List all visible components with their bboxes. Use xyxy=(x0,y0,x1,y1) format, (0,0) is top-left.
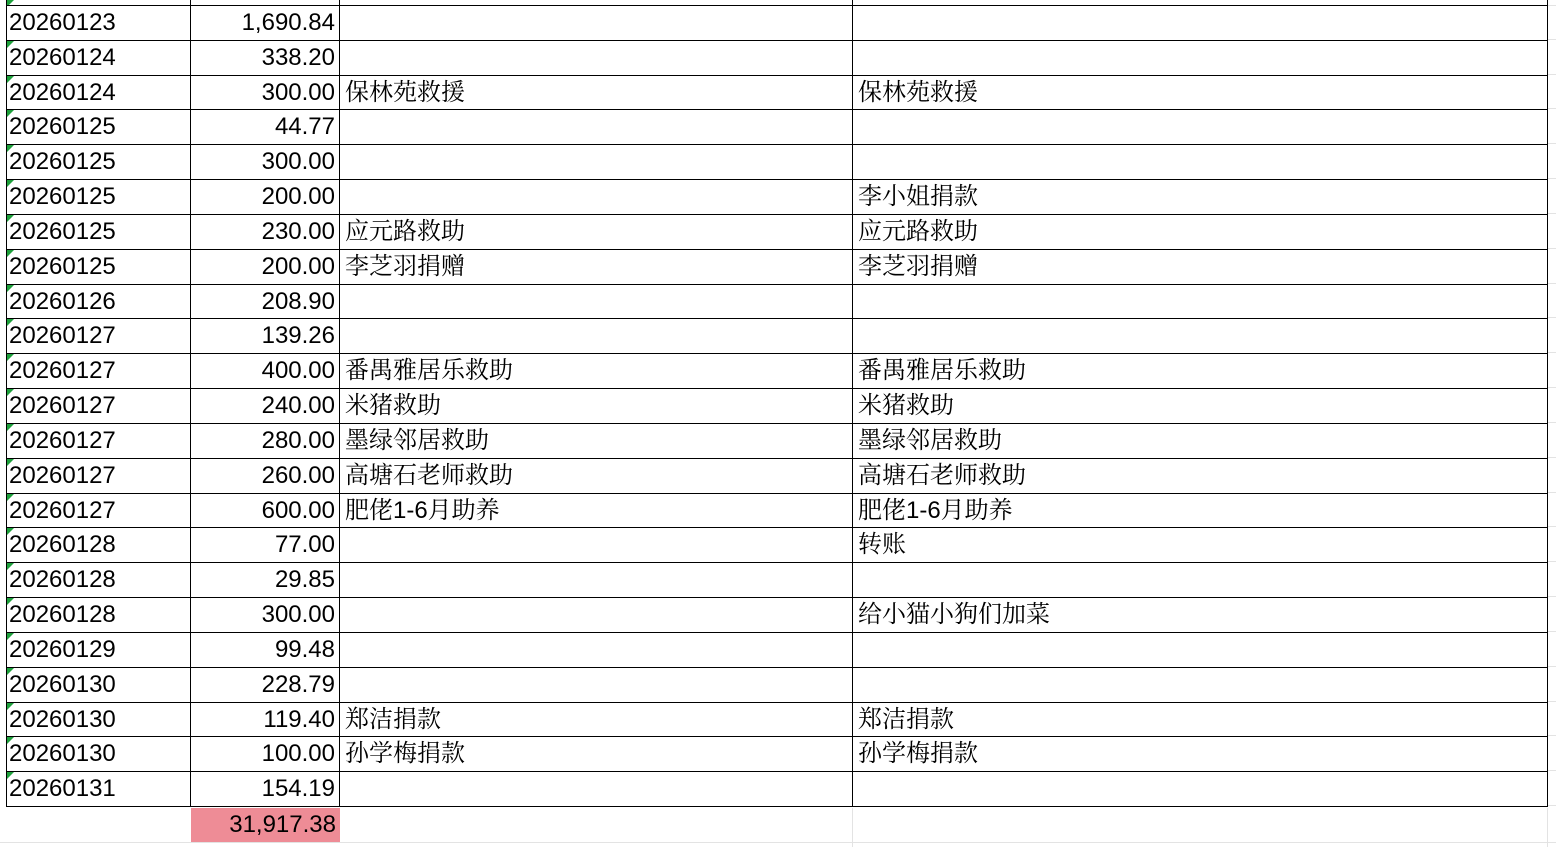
amount-value: 99.48 xyxy=(275,636,335,663)
remark-2-value: 给小猫小狗们加菜 xyxy=(858,601,1050,628)
cell-date[interactable]: 20260127 xyxy=(7,494,191,528)
number-stored-as-text-indicator-icon xyxy=(7,250,14,257)
cell-date[interactable]: 20260125 xyxy=(7,110,191,144)
remark-1-value: 郑洁捐款 xyxy=(345,706,441,733)
cell-remark-2[interactable]: 肥佬1-6月助养 xyxy=(853,494,1547,528)
date-value: 20260128 xyxy=(9,531,116,558)
number-stored-as-text-indicator-icon xyxy=(7,737,14,744)
cell-remark-2[interactable] xyxy=(853,145,1547,179)
number-stored-as-text-indicator-icon xyxy=(7,285,14,292)
cell-remark-1[interactable] xyxy=(340,598,853,632)
number-stored-as-text-indicator-icon xyxy=(7,494,14,501)
cell-remark-2[interactable]: 高塘石老师救助 xyxy=(853,459,1547,493)
number-stored-as-text-indicator-icon xyxy=(7,110,14,117)
cell-remark-1[interactable] xyxy=(340,180,853,214)
cell-remark-2[interactable]: 李小姐捐款 xyxy=(853,180,1547,214)
gridline xyxy=(852,808,853,847)
table-row: 20260124 300.00 保林苑救援 保林苑救援 xyxy=(7,76,1547,111)
amount-value: 280.00 xyxy=(262,427,335,454)
cell-amount[interactable]: 600.00 xyxy=(191,494,340,528)
cell-remark-1[interactable] xyxy=(340,633,853,667)
remark-1-value: 保林苑救援 xyxy=(345,79,465,106)
cell-remark-1[interactable] xyxy=(340,772,853,806)
cell-date[interactable]: 20260130 xyxy=(7,668,191,702)
date-value: 20260128 xyxy=(9,601,116,628)
cell-remark-2[interactable] xyxy=(853,772,1547,806)
remark-2-value: 转账 xyxy=(858,531,906,558)
number-stored-as-text-indicator-icon xyxy=(7,563,14,570)
remark-2-value: 应元路救助 xyxy=(858,218,978,245)
number-stored-as-text-indicator-icon xyxy=(7,459,14,466)
number-stored-as-text-indicator-icon xyxy=(7,389,14,396)
cell-date[interactable]: 20260128 xyxy=(7,598,191,632)
remark-2-value: 李芝羽捐赠 xyxy=(858,253,978,280)
date-value: 20260124 xyxy=(9,79,116,106)
amount-value: 44.77 xyxy=(275,113,335,140)
amount-value: 400.00 xyxy=(262,357,335,384)
cell-remark-1[interactable] xyxy=(340,285,853,319)
cell-amount[interactable]: 280.00 xyxy=(191,424,340,458)
table-row: 20260130 228.79 xyxy=(7,668,1547,703)
date-value: 20260125 xyxy=(9,253,116,280)
number-stored-as-text-indicator-icon xyxy=(7,703,14,710)
cell-remark-1[interactable] xyxy=(340,668,853,702)
number-stored-as-text-indicator-icon xyxy=(7,145,14,152)
cell-amount[interactable]: 400.00 xyxy=(191,354,340,388)
remark-1-value: 墨绿邻居救助 xyxy=(345,427,489,454)
date-value: 20260125 xyxy=(9,148,116,175)
cell-remark-2[interactable] xyxy=(853,563,1547,597)
spreadsheet: 20260123 1,690.84 20260124 338.20 xyxy=(0,0,1556,847)
remark-2-value: 李小姐捐款 xyxy=(858,183,978,210)
number-stored-as-text-indicator-icon xyxy=(7,528,14,535)
cell-remark-2[interactable]: 给小猫小狗们加菜 xyxy=(853,598,1547,632)
cell-remark-1[interactable] xyxy=(340,528,853,562)
amount-value: 338.20 xyxy=(262,44,335,71)
cell-remark-1[interactable]: 保林苑救援 xyxy=(340,76,853,110)
cell-date[interactable]: 20260128 xyxy=(7,563,191,597)
cell-remark-1[interactable] xyxy=(340,110,853,144)
cell-amount[interactable]: 139.26 xyxy=(191,319,340,353)
date-value: 20260130 xyxy=(9,706,116,733)
remark-1-value: 番禺雅居乐救助 xyxy=(345,357,513,384)
cell-remark-2[interactable]: 孙学梅捐款 xyxy=(853,737,1547,771)
amount-value: 100.00 xyxy=(262,740,335,767)
cell-amount[interactable]: 240.00 xyxy=(191,389,340,423)
table-row: 20260127 260.00 高塘石老师救助 高塘石老师救助 xyxy=(7,459,1547,494)
total-row: 31,917.38 xyxy=(0,808,1556,842)
amount-value: 300.00 xyxy=(262,601,335,628)
amount-value: 200.00 xyxy=(262,183,335,210)
cell-remark-1[interactable] xyxy=(340,145,853,179)
amount-value: 240.00 xyxy=(262,392,335,419)
date-value: 20260131 xyxy=(9,775,116,802)
amount-value: 200.00 xyxy=(262,253,335,280)
table-row: 20260127 600.00 肥佬1-6月助养 肥佬1-6月助养 xyxy=(7,494,1547,529)
cell-date[interactable]: 20260131 xyxy=(7,772,191,806)
cell-amount[interactable]: 200.00 xyxy=(191,180,340,214)
table-row: 20260124 338.20 xyxy=(7,41,1547,76)
amount-value: 119.40 xyxy=(263,706,335,733)
table-row: 20260130 119.40 郑洁捐款 郑洁捐款 xyxy=(7,703,1547,738)
cell-remark-1[interactable]: 米猪救助 xyxy=(340,389,853,423)
cell-amount[interactable]: 230.00 xyxy=(191,215,340,249)
table-row: 20260128 77.00 转账 xyxy=(7,528,1547,563)
gridline xyxy=(1547,808,1548,847)
cell-amount[interactable]: 300.00 xyxy=(191,598,340,632)
cell-amount[interactable]: 119.40 xyxy=(191,703,340,737)
cell-remark-1[interactable] xyxy=(340,6,853,40)
cell-date[interactable]: 20260127 xyxy=(7,459,191,493)
cell-date[interactable]: 20260130 xyxy=(7,703,191,737)
cell-amount[interactable]: 300.00 xyxy=(191,145,340,179)
amount-value: 600.00 xyxy=(262,497,335,524)
cell-remark-2[interactable]: 李芝羽捐赠 xyxy=(853,250,1547,284)
cell-date[interactable]: 20260125 xyxy=(7,145,191,179)
cell-date[interactable]: 20260125 xyxy=(7,215,191,249)
cell-remark-1[interactable]: 应元路救助 xyxy=(340,215,853,249)
cell-remark-1[interactable]: 孙学梅捐款 xyxy=(340,737,853,771)
cell-remark-2[interactable] xyxy=(853,41,1547,75)
amount-value: 29.85 xyxy=(275,566,335,593)
cell-remark-2[interactable] xyxy=(853,6,1547,40)
cell-date[interactable]: 20260127 xyxy=(7,354,191,388)
cell-remark-2[interactable]: 转账 xyxy=(853,528,1547,562)
date-value: 20260123 xyxy=(9,9,116,36)
table-row: 20260125 44.77 xyxy=(7,110,1547,145)
amount-value: 139.26 xyxy=(262,322,335,349)
number-stored-as-text-indicator-icon xyxy=(7,319,14,326)
cell-amount[interactable]: 208.90 xyxy=(191,285,340,319)
cell-remark-2[interactable]: 墨绿邻居救助 xyxy=(853,424,1547,458)
cell-remark-2[interactable] xyxy=(853,285,1547,319)
date-value: 20260127 xyxy=(9,497,116,524)
remark-1-value: 肥佬1-6月助养 xyxy=(345,497,500,524)
remark-2-value: 肥佬1-6月助养 xyxy=(858,497,1013,524)
amount-value: 154.19 xyxy=(262,775,335,802)
remark-1-value: 李芝羽捐赠 xyxy=(345,253,465,280)
number-stored-as-text-indicator-icon xyxy=(7,76,14,83)
cell-remark-2[interactable]: 番禺雅居乐救助 xyxy=(853,354,1547,388)
date-value: 20260127 xyxy=(9,357,116,384)
table-row: 20260127 139.26 xyxy=(7,319,1547,354)
date-value: 20260125 xyxy=(9,113,116,140)
remark-1-value: 高塘石老师救助 xyxy=(345,462,513,489)
cell-amount[interactable]: 300.00 xyxy=(191,76,340,110)
number-stored-as-text-indicator-icon xyxy=(7,424,14,431)
cell-date[interactable]: 20260124 xyxy=(7,76,191,110)
cell-remark-2[interactable] xyxy=(853,668,1547,702)
cell-amount[interactable]: 1,690.84 xyxy=(191,6,340,40)
cell-date[interactable]: 20260129 xyxy=(7,633,191,667)
amount-value: 260.00 xyxy=(262,462,335,489)
table-row: 20260128 300.00 给小猫小狗们加菜 xyxy=(7,598,1547,633)
cell-remark-2[interactable] xyxy=(853,319,1547,353)
table-row: 20260130 100.00 孙学梅捐款 孙学梅捐款 xyxy=(7,737,1547,772)
cell-remark-2[interactable]: 保林苑救援 xyxy=(853,76,1547,110)
cell-amount[interactable]: 100.00 xyxy=(191,737,340,771)
cell-remark-2[interactable] xyxy=(853,633,1547,667)
cell-remark-1[interactable]: 李芝羽捐赠 xyxy=(340,250,853,284)
date-value: 20260125 xyxy=(9,183,116,210)
cell-remark-1[interactable]: 郑洁捐款 xyxy=(340,703,853,737)
table: 20260123 1,690.84 20260124 338.20 xyxy=(6,5,1548,807)
date-value: 20260127 xyxy=(9,462,116,489)
cell-remark-1[interactable] xyxy=(340,563,853,597)
cell-amount[interactable]: 154.19 xyxy=(191,772,340,806)
number-stored-as-text-indicator-icon xyxy=(7,598,14,605)
cell-date[interactable]: 20260126 xyxy=(7,285,191,319)
cell-amount[interactable]: 77.00 xyxy=(191,528,340,562)
cell-remark-1[interactable]: 番禺雅居乐救助 xyxy=(340,354,853,388)
number-stored-as-text-indicator-icon xyxy=(7,215,14,222)
table-row: 20260126 208.90 xyxy=(7,285,1547,320)
cell-remark-1[interactable]: 肥佬1-6月助养 xyxy=(340,494,853,528)
cell-date[interactable]: 20260125 xyxy=(7,180,191,214)
total-amount-value: 31,917.38 xyxy=(229,811,336,838)
cell-remark-2[interactable]: 郑洁捐款 xyxy=(853,703,1547,737)
remark-2-value: 保林苑救援 xyxy=(858,79,978,106)
cell-amount[interactable]: 99.48 xyxy=(191,633,340,667)
table-row: 20260125 200.00 李芝羽捐赠 李芝羽捐赠 xyxy=(7,250,1547,285)
remark-1-value: 应元路救助 xyxy=(345,218,465,245)
number-stored-as-text-indicator-icon xyxy=(7,41,14,48)
cell-date[interactable]: 20260130 xyxy=(7,737,191,771)
remark-2-value: 墨绿邻居救助 xyxy=(858,427,1002,454)
date-value: 20260127 xyxy=(9,322,116,349)
remark-1-value: 孙学梅捐款 xyxy=(345,740,465,767)
table-row: 20260127 240.00 米猪救助 米猪救助 xyxy=(7,389,1547,424)
remark-2-value: 高塘石老师救助 xyxy=(858,462,1026,489)
amount-value: 300.00 xyxy=(262,148,335,175)
table-row: 20260125 230.00 应元路救助 应元路救助 xyxy=(7,215,1547,250)
number-stored-as-text-indicator-icon xyxy=(7,354,14,361)
remark-2-value: 米猪救助 xyxy=(858,392,954,419)
date-value: 20260127 xyxy=(9,427,116,454)
cell-amount[interactable]: 228.79 xyxy=(191,668,340,702)
remark-2-value: 孙学梅捐款 xyxy=(858,740,978,767)
number-stored-as-text-indicator-icon xyxy=(7,772,14,779)
cell-amount[interactable]: 44.77 xyxy=(191,110,340,144)
date-value: 20260130 xyxy=(9,671,116,698)
amount-value: 228.79 xyxy=(262,671,335,698)
number-stored-as-text-indicator-icon xyxy=(7,668,14,675)
date-value: 20260127 xyxy=(9,392,116,419)
table-row: 20260129 99.48 xyxy=(7,633,1547,668)
table-row: 20260127 280.00 墨绿邻居救助 墨绿邻居救助 xyxy=(7,424,1547,459)
cell-remark-2[interactable]: 米猪救助 xyxy=(853,389,1547,423)
cell-date[interactable]: 20260123 xyxy=(7,6,191,40)
cell-remark-1[interactable] xyxy=(340,319,853,353)
cell-remark-2[interactable] xyxy=(853,110,1547,144)
date-value: 20260125 xyxy=(9,218,116,245)
remark-2-value: 郑洁捐款 xyxy=(858,706,954,733)
table-row: 20260125 200.00 李小姐捐款 xyxy=(7,180,1547,215)
amount-value: 300.00 xyxy=(262,79,335,106)
table-row: 20260125 300.00 xyxy=(7,145,1547,180)
remark-2-value: 番禺雅居乐救助 xyxy=(858,357,1026,384)
table-row: 20260127 400.00 番禺雅居乐救助 番禺雅居乐救助 xyxy=(7,354,1547,389)
cell-date[interactable]: 20260128 xyxy=(7,528,191,562)
cell-remark-1[interactable]: 高塘石老师救助 xyxy=(340,459,853,493)
cell-amount[interactable]: 260.00 xyxy=(191,459,340,493)
gridline xyxy=(0,842,1556,843)
cell-date[interactable]: 20260124 xyxy=(7,41,191,75)
date-value: 20260128 xyxy=(9,566,116,593)
cell-remark-2[interactable]: 应元路救助 xyxy=(853,215,1547,249)
cell-amount[interactable]: 200.00 xyxy=(191,250,340,284)
cell-amount[interactable]: 29.85 xyxy=(191,563,340,597)
table-row: 20260128 29.85 xyxy=(7,563,1547,598)
number-stored-as-text-indicator-icon xyxy=(7,633,14,640)
amount-value: 208.90 xyxy=(262,288,335,315)
date-value: 20260126 xyxy=(9,288,116,315)
amount-value: 230.00 xyxy=(262,218,335,245)
number-stored-as-text-indicator-icon xyxy=(7,180,14,187)
remark-1-value: 米猪救助 xyxy=(345,392,441,419)
cell-remark-1[interactable]: 墨绿邻居救助 xyxy=(340,424,853,458)
date-value: 20260129 xyxy=(9,636,116,663)
table-row: 20260123 1,690.84 xyxy=(7,6,1547,41)
cell-date[interactable]: 20260125 xyxy=(7,250,191,284)
cell-amount[interactable]: 338.20 xyxy=(191,41,340,75)
amount-value: 1,690.84 xyxy=(242,9,335,36)
total-amount-cell[interactable]: 31,917.38 xyxy=(191,808,340,842)
cell-date[interactable]: 20260127 xyxy=(7,389,191,423)
date-value: 20260124 xyxy=(9,44,116,71)
cell-remark-1[interactable] xyxy=(340,41,853,75)
date-value: 20260130 xyxy=(9,740,116,767)
cell-date[interactable]: 20260127 xyxy=(7,424,191,458)
amount-value: 77.00 xyxy=(275,531,335,558)
cell-date[interactable]: 20260127 xyxy=(7,319,191,353)
table-row: 20260131 154.19 xyxy=(7,772,1547,807)
